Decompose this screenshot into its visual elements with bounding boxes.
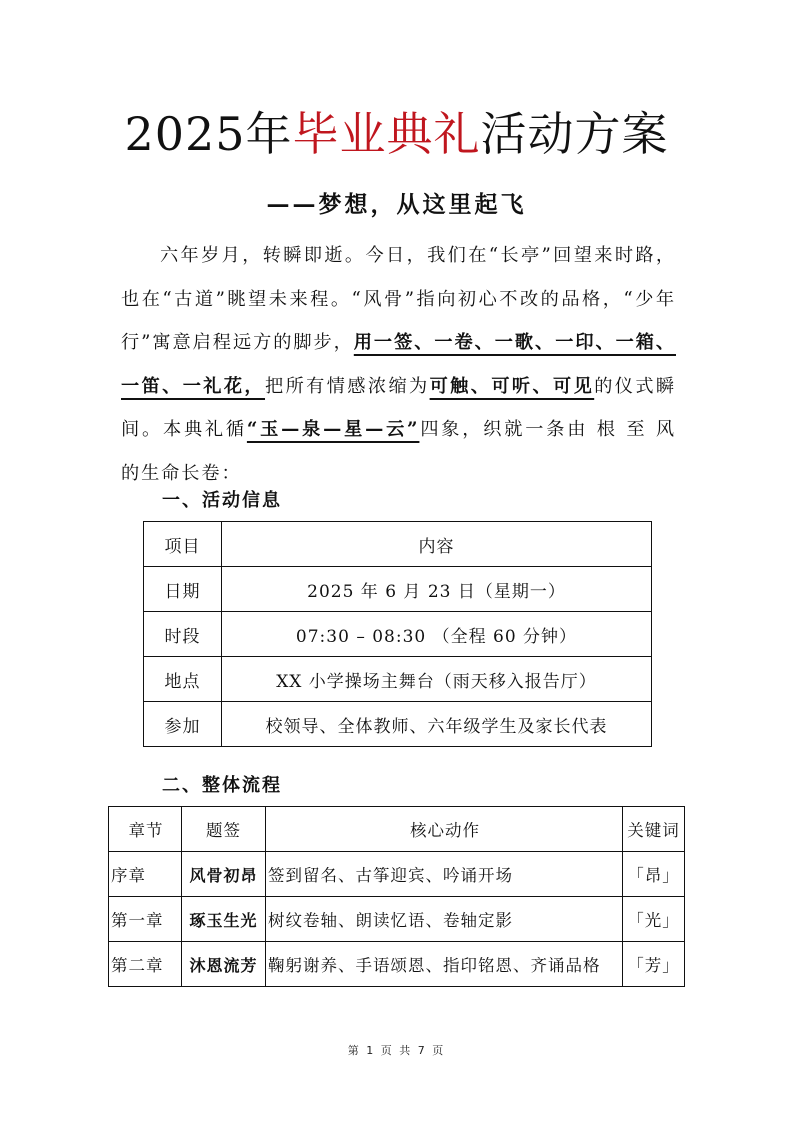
title-suffix: 活动方案: [481, 107, 669, 161]
table-row: 第二章 沐恩流芳 鞠躬谢养、手语颂恩、指印铭恩、齐诵品格 「芳」: [109, 942, 685, 987]
column-header: 章节: [109, 807, 182, 852]
column-header: 核心动作: [266, 807, 623, 852]
document-subtitle: ——梦想，从这里起飞: [0, 188, 793, 222]
action-cell: 鞠躬谢养、手语颂恩、指印铭恩、齐诵品格: [266, 942, 623, 987]
column-header: 关键词: [623, 807, 685, 852]
row-label: 时段: [144, 612, 222, 657]
intro-text: 把所有情感浓缩为: [265, 376, 430, 397]
title-prefix: 2025年: [124, 107, 292, 161]
column-header: 题签: [182, 807, 266, 852]
column-header: 项目: [144, 522, 222, 567]
table-row: 第一章 琢玉生光 树纹卷轴、朗读忆语、卷轴定影 「光」: [109, 897, 685, 942]
chapter-cell: 第一章: [109, 897, 182, 942]
title-highlight: 毕业典礼: [293, 107, 481, 161]
keyword-cell: 「光」: [623, 897, 685, 942]
table-header-row: 项目 内容: [144, 522, 652, 567]
chapter-cell: 序章: [109, 852, 182, 897]
table-row: 地点 XX 小学操场主舞台（雨天移入报告厅）: [144, 657, 652, 702]
row-label: 参加: [144, 702, 222, 747]
page-footer: 第 1 页 共 7 页: [0, 1042, 793, 1058]
keyword-cell: 「芳」: [623, 942, 685, 987]
table-row: 日期 2025 年 6 月 23 日（星期一）: [144, 567, 652, 612]
row-value: XX 小学操场主舞台（雨天移入报告厅）: [222, 657, 652, 702]
column-header: 内容: [222, 522, 652, 567]
activity-info-table: 项目 内容 日期 2025 年 6 月 23 日（星期一） 时段 07:30 –…: [143, 521, 652, 747]
table-row: 时段 07:30 – 08:30 （全程 60 分钟）: [144, 612, 652, 657]
document-title: 2025年毕业典礼活动方案: [0, 104, 793, 164]
row-label: 地点: [144, 657, 222, 702]
intro-paragraph: 六年岁月，转瞬即逝。今日，我们在“长亭”回望来时路，也在“古道”眺望未来程。“风…: [121, 234, 676, 495]
row-value: 2025 年 6 月 23 日（星期一）: [222, 567, 652, 612]
table-row: 参加 校领导、全体教师、六年级学生及家长代表: [144, 702, 652, 747]
action-cell: 签到留名、古筝迎宾、吟诵开场: [266, 852, 623, 897]
tag-cell: 琢玉生光: [182, 897, 266, 942]
section2-heading: 二、整体流程: [162, 773, 282, 799]
row-value: 校领导、全体教师、六年级学生及家长代表: [222, 702, 652, 747]
table-header-row: 章节 题签 核心动作 关键词: [109, 807, 685, 852]
row-value: 07:30 – 08:30 （全程 60 分钟）: [222, 612, 652, 657]
intro-underlined-senses: 可触、可听、可见: [430, 376, 595, 397]
overall-flow-table: 章节 题签 核心动作 关键词 序章 风骨初昂 签到留名、古筝迎宾、吟诵开场 「昂…: [108, 806, 685, 987]
action-cell: 树纹卷轴、朗读忆语、卷轴定影: [266, 897, 623, 942]
intro-underlined-four-symbols: “玉—泉—星—云”: [247, 419, 420, 440]
keyword-cell: 「昂」: [623, 852, 685, 897]
row-label: 日期: [144, 567, 222, 612]
section1-heading: 一、活动信息: [162, 488, 282, 514]
table-row: 序章 风骨初昂 签到留名、古筝迎宾、吟诵开场 「昂」: [109, 852, 685, 897]
chapter-cell: 第二章: [109, 942, 182, 987]
tag-cell: 风骨初昂: [182, 852, 266, 897]
tag-cell: 沐恩流芳: [182, 942, 266, 987]
